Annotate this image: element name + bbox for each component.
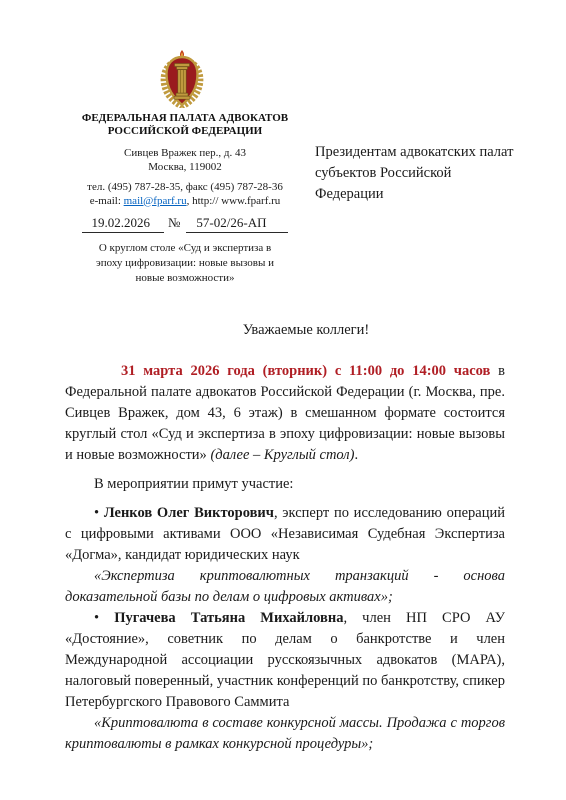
bullet: •	[94, 505, 104, 521]
letter-page: ФЕДЕРАЛЬНАЯ ПАЛАТА АДВОКАТОВ РОССИЙСКОЙ …	[0, 0, 566, 800]
event-datetime-highlight: 31 марта 2026 года (вторник) с 11:00 до …	[121, 363, 490, 379]
bullet: •	[94, 610, 114, 626]
letter-subject: О круглом столе «Суд и экспертиза в эпох…	[86, 241, 284, 286]
email-prefix: e-mail:	[90, 195, 124, 207]
speaker-name: Пугачева Татьяна Михайловна	[114, 610, 343, 626]
date-number-line: 19.02.2026№57-02/26-АП	[65, 215, 305, 233]
speaker-entry-1: • Ленков Олег Викторович, эксперт по исс…	[65, 503, 505, 566]
letter-number: 57-02/26-АП	[186, 215, 288, 233]
event-paragraph: 31 марта 2026 года (вторник) с 11:00 до …	[65, 361, 505, 466]
speaker-topic-2: «Криптовалюта в составе конкурсной массы…	[65, 713, 505, 755]
email-link[interactable]: mail@fparf.ru	[124, 195, 187, 207]
address-line2: Москва, 119002	[65, 161, 305, 175]
speaker-entry-2: • Пугачева Татьяна Михайловна, член НП С…	[65, 608, 505, 713]
recipient-block: Президентам адвокатских палат субъектов …	[315, 142, 515, 205]
letter-date: 19.02.2026	[82, 215, 165, 233]
letter-body: Уважаемые коллеги! 31 марта 2026 года (в…	[65, 320, 505, 755]
org-address: Сивцев Вражек пер., д. 43 Москва, 119002	[65, 147, 305, 174]
number-sign: №	[168, 215, 180, 231]
speaker-topic-1: «Экспертиза криптовалютных транзакций - …	[65, 566, 505, 608]
address-line1: Сивцев Вражек пер., д. 43	[65, 147, 305, 161]
org-contacts: тел. (495) 787-28-35, факс (495) 787-28-…	[65, 181, 305, 208]
email-web-line: e-mail: mail@fparf.ru, http:// www.fparf…	[65, 195, 305, 209]
greeting: Уважаемые коллеги!	[65, 320, 505, 341]
org-name-line1: ФЕДЕРАЛЬНАЯ ПАЛАТА АДВОКАТОВ	[65, 112, 305, 125]
participants-intro: В мероприятии примут участие:	[65, 474, 505, 495]
website-text: , http:// www.fparf.ru	[187, 195, 281, 207]
fpa-emblem-icon	[157, 50, 207, 108]
phone-fax-line: тел. (495) 787-28-35, факс (495) 787-28-…	[65, 181, 305, 195]
org-name-line2: РОССИЙСКОЙ ФЕДЕРАЦИИ	[65, 125, 305, 138]
event-tail: .	[354, 447, 358, 463]
speaker-name: Ленков Олег Викторович	[104, 505, 274, 521]
event-italic-note: (далее – Круглый стол)	[210, 447, 354, 463]
org-name: ФЕДЕРАЛЬНАЯ ПАЛАТА АДВОКАТОВ РОССИЙСКОЙ …	[65, 112, 305, 138]
